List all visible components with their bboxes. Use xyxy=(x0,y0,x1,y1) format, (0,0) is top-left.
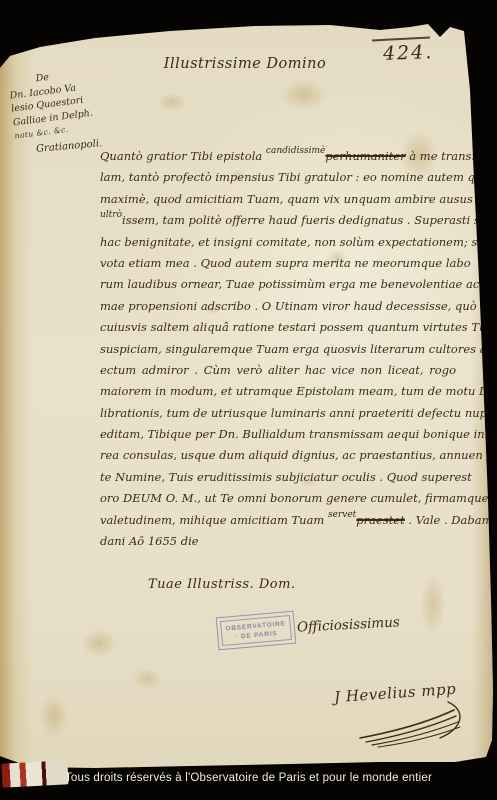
handwritten-line: maximè, quod amicitiam Tuam, quam vix un… xyxy=(100,189,456,210)
manuscript-scan: 424. Illustrissime Domino DeDn. Iacobo V… xyxy=(0,0,497,800)
paper-stain xyxy=(34,686,74,746)
margin-place-name: Gratianopoli. xyxy=(36,138,103,155)
inserted-word: candidissimè xyxy=(266,146,325,156)
handwritten-line: oro DEUM O. M., ut Te omni bonorum gener… xyxy=(100,488,456,509)
letter-page: 424. Illustrissime Domino DeDn. Iacobo V… xyxy=(0,0,497,800)
letter-closing: Tuae Illustriss. Dom. xyxy=(148,577,296,592)
observatoire-de-paris-stamp: OBSERVATOIRE · DE PARIS xyxy=(216,611,297,651)
handwritten-line: rea consulas, usque dum aliquid dignius,… xyxy=(100,445,456,466)
handwritten-line: rum laudibus ornear, Tuae potissimùm erg… xyxy=(100,274,456,295)
valediction: Officiosissimus xyxy=(297,614,401,635)
handwritten-line: hac benignitate, et insigni comitate, no… xyxy=(100,232,456,253)
paper-stain xyxy=(74,624,124,662)
paper-stain xyxy=(416,560,450,648)
handwritten-line: lam, tantò profectò impensius Tibi gratu… xyxy=(100,167,456,188)
signature-flourish xyxy=(352,698,470,748)
folio-number: 424. xyxy=(383,41,434,65)
struck-word: perhumaniter xyxy=(325,149,405,163)
paper-stain xyxy=(126,664,168,694)
handwritten-line: te Numine, Tuis eruditissimis subjiciatu… xyxy=(100,467,456,488)
inserted-word: servet xyxy=(328,510,356,520)
handwritten-line: ultròissem, tam politè offerre haud fuer… xyxy=(100,210,456,231)
handwritten-line: dani Aō 1655 die xyxy=(100,531,456,552)
stamp-text: OBSERVATOIRE · DE PARIS xyxy=(220,615,292,646)
handwritten-line: ectum admiror . Cùm verò aliter hac vice… xyxy=(100,360,456,381)
handwritten-line: Quantò gratior Tibi epistola candidissim… xyxy=(100,146,456,167)
letter-body: Quantò gratior Tibi epistola candidissim… xyxy=(100,146,456,552)
handwritten-line: valetudinem, mihique amicitiam Tuam serv… xyxy=(100,510,456,531)
handwritten-line: maiorem in modum, et utramque Epistolam … xyxy=(100,381,456,402)
handwritten-line: cuiusvis saltem aliquâ ratione testari p… xyxy=(100,317,456,338)
handwritten-line: mae propensioni adscribo . O Utinam viro… xyxy=(100,296,456,317)
handwritten-line: librationis, tum de utriusque luminaris … xyxy=(100,403,456,424)
paper-stain xyxy=(150,88,194,116)
archival-margin-note: DeDn. Iacobo Valesio QuaestoriGalliae in… xyxy=(7,65,107,143)
handwritten-line: suspiciam, singularemque Tuam erga quosv… xyxy=(100,339,456,360)
paper-stain xyxy=(272,74,336,116)
handwritten-line: vota etiam mea . Quod autem supra merita… xyxy=(100,253,456,274)
letter-salutation: Illustrissime Domino xyxy=(120,56,370,72)
handwritten-line: editam, Tibique per Dn. Bullialdum trans… xyxy=(100,424,456,445)
rights-caption: Tous droits réservés à l'Observatoire de… xyxy=(0,772,497,784)
struck-word: praestet xyxy=(356,513,404,527)
inserted-word: ultrò xyxy=(100,210,122,220)
